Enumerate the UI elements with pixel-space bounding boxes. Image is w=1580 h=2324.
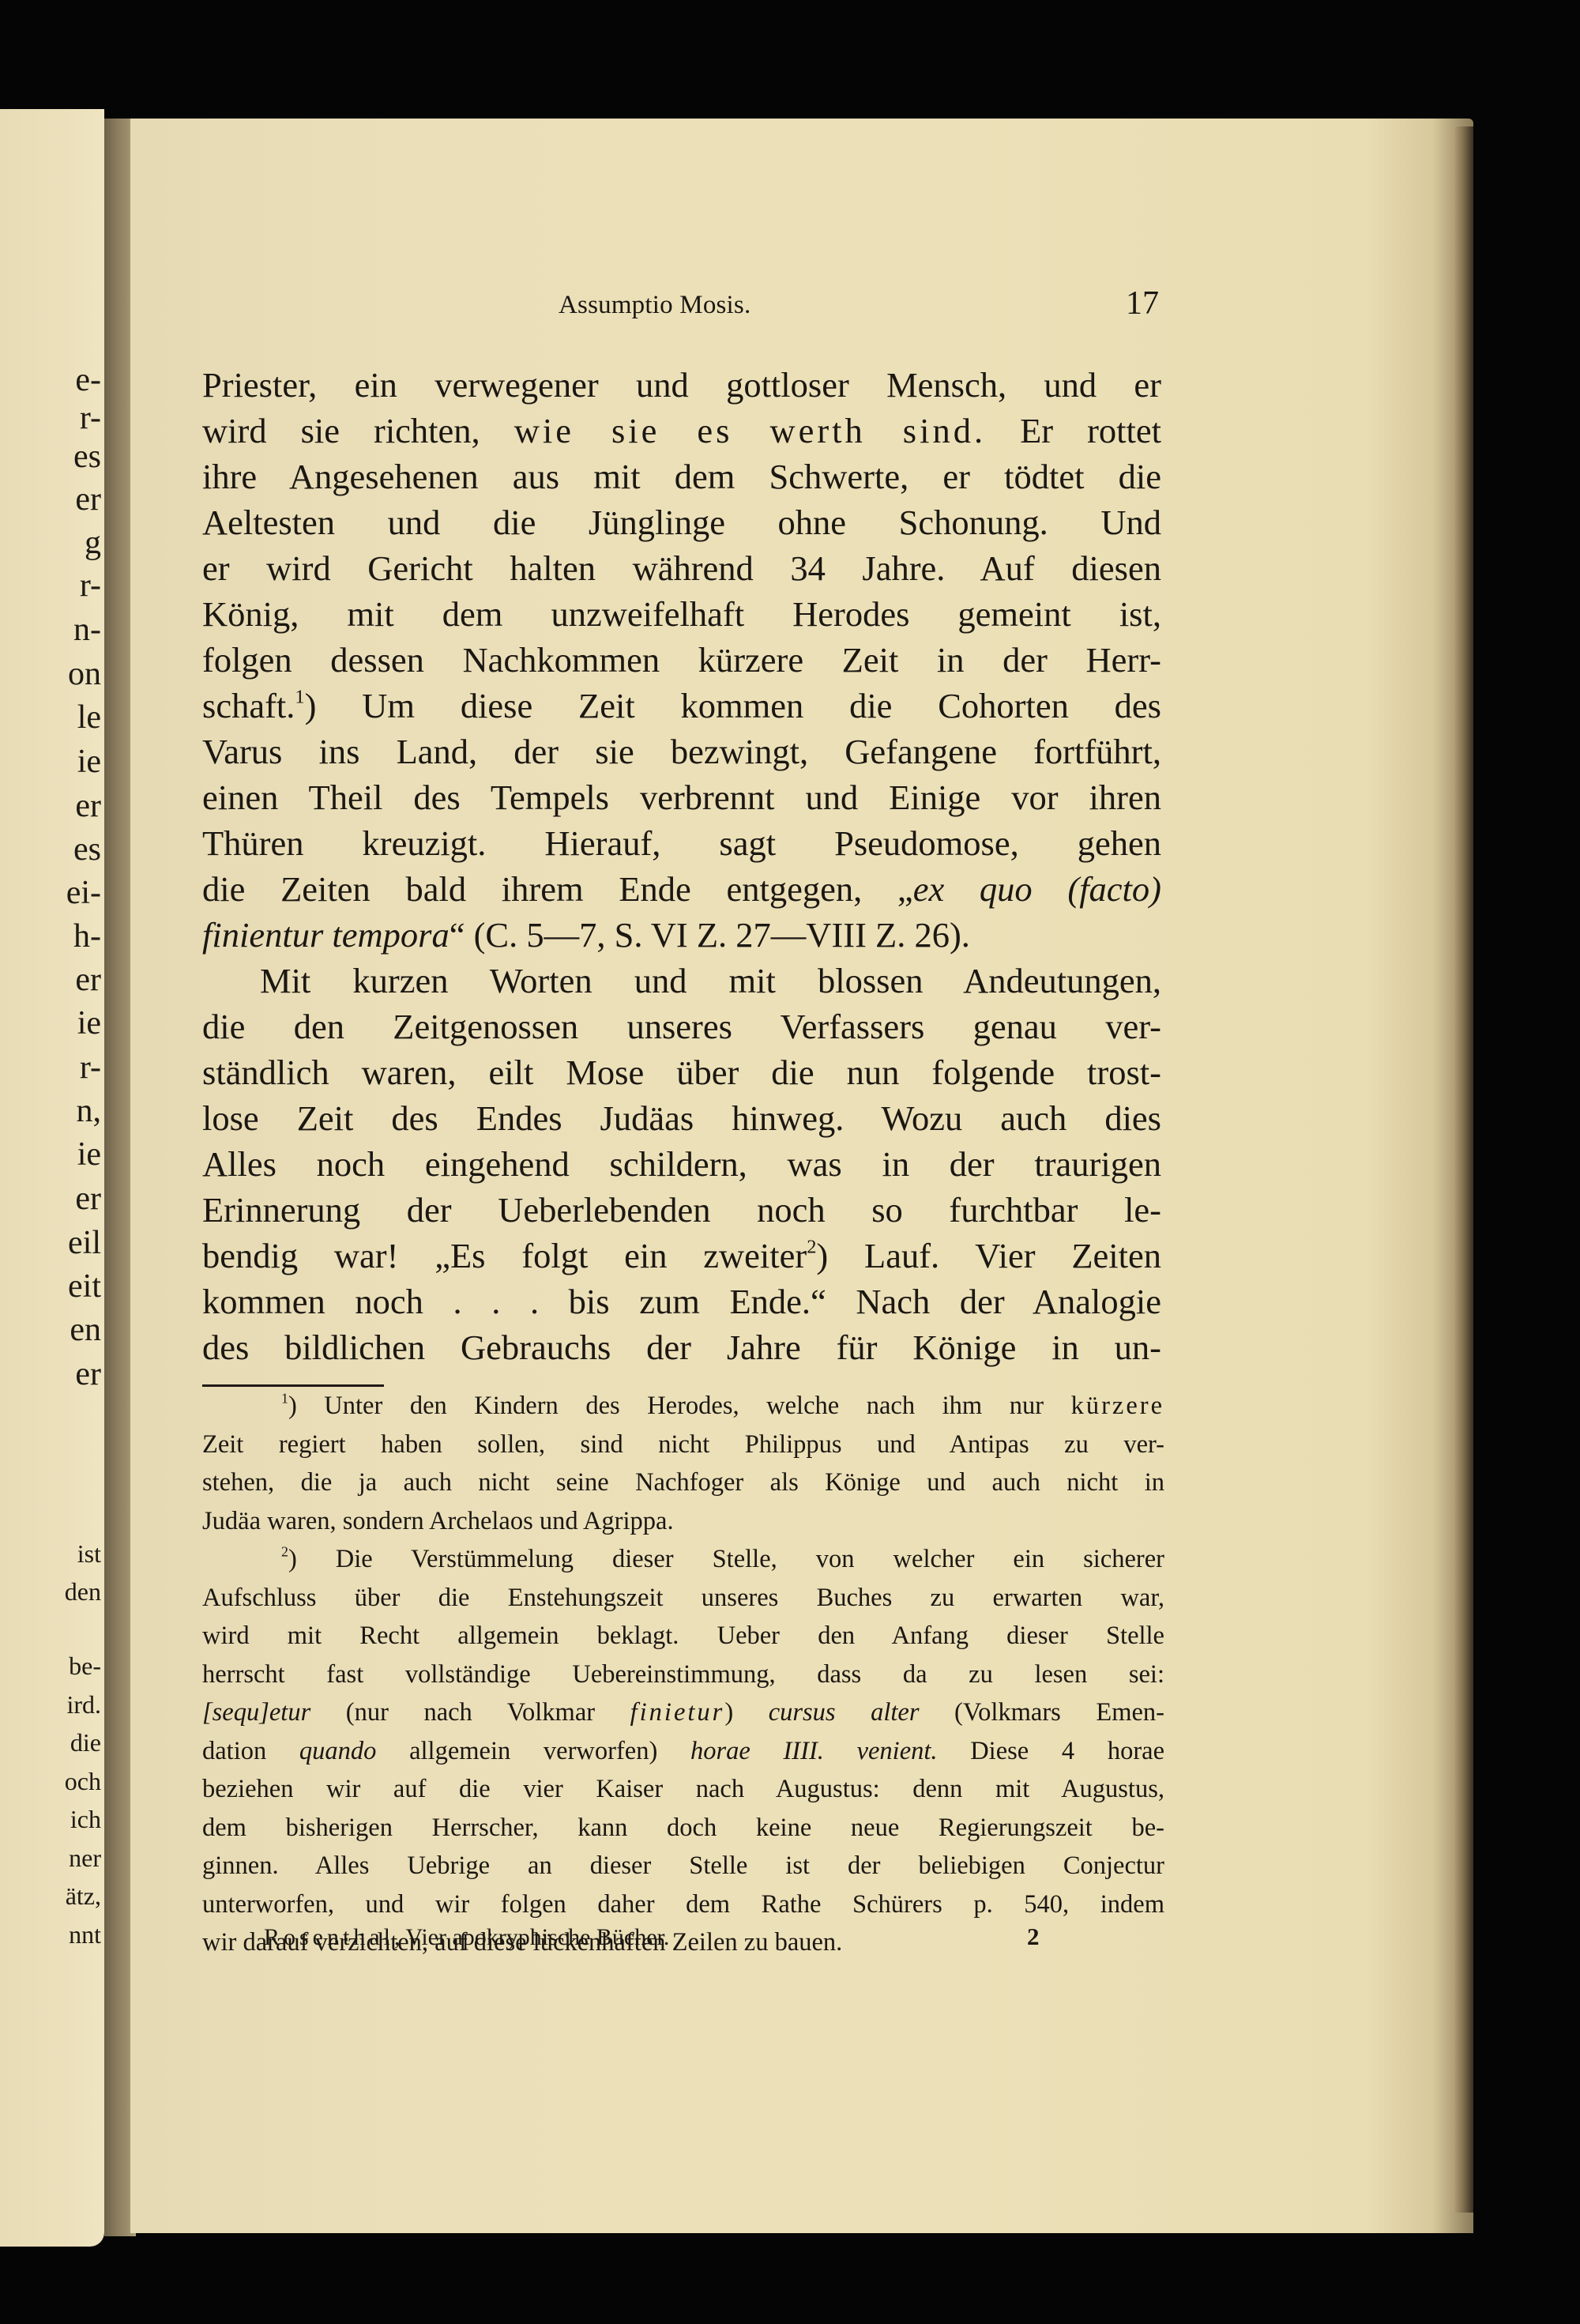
signature-author: Rosenthal <box>264 1924 394 1950</box>
footnote-1-line: stehen, die ja auch nicht seine Nachfoge… <box>202 1463 1164 1502</box>
footnotes: 1) Unter den Kindern des Herodes, welche… <box>202 1387 1164 1962</box>
footnote-2-line: [sequ]etur (nur nach Volkmar finietur) c… <box>202 1693 1164 1732</box>
footnote-2-line: dation quando allgemein verworfen) horae… <box>202 1732 1164 1771</box>
facing-page-fragment: r- <box>80 401 101 435</box>
facing-page-fragment: och <box>65 1768 101 1794</box>
text-line: König, mit dem unzweifelhaft Herodes gem… <box>202 591 1161 637</box>
facing-page-fragment: n- <box>73 613 101 646</box>
facing-page-fragment: g <box>85 526 101 559</box>
text-line: folgen dessen Nachkommen kürzere Zeit in… <box>202 637 1161 683</box>
facing-page-fragment: e- <box>75 363 101 397</box>
facing-page-fragment: ätz, <box>66 1883 101 1908</box>
text-line: einen Theil des Tempels verbrennt und Ei… <box>202 774 1161 820</box>
facing-page-fragment: ie <box>77 745 101 778</box>
footnote-2-line: Aufschluss über die Enstehungszeit unser… <box>202 1579 1164 1618</box>
facing-page-fragment: er <box>75 1358 101 1391</box>
facing-page-fragment: es <box>73 833 101 866</box>
footnote-2-line: unterworfen, und wir folgen daher dem Ra… <box>202 1885 1164 1924</box>
facing-page-fragment: den <box>65 1579 101 1604</box>
text-line: Thüren kreuzigt. Hierauf, sagt Pseudomos… <box>202 820 1161 866</box>
facing-page-fragment: er <box>75 483 101 516</box>
page-number: 17 <box>1126 284 1159 322</box>
facing-page-fragment: er <box>75 1182 101 1215</box>
text-line: bendig war! „Es folgt ein zweiter2) Lauf… <box>202 1233 1161 1279</box>
facing-page-fragment: eil <box>68 1226 101 1260</box>
text-line: wird sie richten, wie sie es werth sind.… <box>202 408 1161 454</box>
facing-page-fragment: en <box>70 1313 101 1347</box>
footnote-2-line: 2) Die Verstümmelung dieser Stelle, von … <box>202 1540 1164 1579</box>
facing-page-fragment: r- <box>80 1051 101 1084</box>
text-line: die den Zeitgenossen unseres Verfassers … <box>202 1004 1161 1049</box>
facing-page-fragment: die <box>70 1730 101 1755</box>
facing-page-fragment: ich <box>70 1806 101 1832</box>
text-line: kommen noch . . . bis zum Ende.“ Nach de… <box>202 1279 1161 1324</box>
footnote-2-line: ginnen. Alles Uebrige an dieser Stelle i… <box>202 1847 1164 1885</box>
facing-page-fragment: ei- <box>66 876 101 910</box>
text-line: lose Zeit des Endes Judäas hinweg. Wozu … <box>202 1095 1161 1141</box>
footnote-2-line: beziehen wir auf die vier Kaiser nach Au… <box>202 1770 1164 1809</box>
text-line: die Zeiten bald ihrem Ende entgegen, „ex… <box>202 866 1161 912</box>
facing-page-fragment: le <box>77 701 101 734</box>
facing-page-fragment: ner <box>69 1845 101 1870</box>
latin-quote: ex quo (facto) <box>913 869 1161 909</box>
emphasis-spaced: wie sie es werth sind. <box>514 411 986 450</box>
text-line: ständlich waren, eilt Mose über die nun … <box>202 1049 1161 1095</box>
footnote-marker-2: 2 <box>281 1544 288 1560</box>
printer-signature: Rosenthal, Vier apokryphische Bücher. <box>264 1924 669 1951</box>
text-line: finientur tempora“ (C. 5—7, S. VI Z. 27—… <box>202 912 1161 958</box>
facing-page-fragment: es <box>73 440 101 473</box>
signature-title: , Vier apokryphische Bücher. <box>394 1924 669 1950</box>
facing-page-fragment: eit <box>68 1270 101 1303</box>
text-line: ihre Angesehenen aus mit dem Schwerte, e… <box>202 454 1161 499</box>
facing-page-fragment: on <box>68 657 101 691</box>
footnote-2-line: wird mit Recht allgemein beklagt. Ueber … <box>202 1617 1164 1655</box>
signature-mark: 2 <box>1027 1923 1040 1951</box>
latin-quote: finientur tempora <box>202 915 450 955</box>
text-line: Alles noch eingehend schildern, was in d… <box>202 1141 1161 1187</box>
text-line: er wird Gericht halten während 34 Jahre.… <box>202 545 1161 591</box>
text-line: Varus ins Land, der sie bezwingt, Gefang… <box>202 729 1161 774</box>
facing-page-fragment: ist <box>77 1541 101 1566</box>
footnote-ref-1[interactable]: 1 <box>295 687 304 708</box>
footnote-1-line: 1) Unter den Kindern des Herodes, welche… <box>202 1387 1164 1426</box>
text-line: Aeltesten und die Jünglinge ohne Schonun… <box>202 499 1161 545</box>
text-line: Mit kurzen Worten und mit blossen Andeut… <box>202 958 1161 1004</box>
footnote-2-line: dem bisherigen Herrscher, kann doch kein… <box>202 1809 1164 1848</box>
main-text: Priester, ein verwegener und gottloser M… <box>202 362 1161 1370</box>
text-line: des bildlichen Gebrauchs der Jahre für K… <box>202 1324 1161 1370</box>
facing-page-fragment: nnt <box>69 1922 101 1947</box>
facing-page-fragment: ie <box>77 1007 101 1040</box>
footnote-ref-2[interactable]: 2 <box>807 1237 816 1258</box>
facing-page: e-r-esergr-n-onleieeresei-h-erier-n,ieer… <box>0 109 104 2247</box>
facing-page-fragment: h- <box>73 920 101 953</box>
footnote-1-line: Zeit regiert haben sollen, sind nicht Ph… <box>202 1426 1164 1464</box>
facing-page-fragment: er <box>75 963 101 996</box>
footnote-1-line: Judäa waren, sondern Archelaos und Agrip… <box>202 1502 1164 1541</box>
facing-page-fragment: ird. <box>66 1692 101 1717</box>
running-head: Assumptio Mosis. <box>559 291 750 320</box>
facing-page-fragment: n, <box>77 1094 102 1128</box>
text-line: Erinnerung der Ueberlebenden noch so fur… <box>202 1187 1161 1233</box>
page-edge <box>1453 126 1473 2213</box>
footnote-2-line: herrscht fast vollständige Uebereinstimm… <box>202 1655 1164 1694</box>
text-line: Priester, ein verwegener und gottloser M… <box>202 362 1161 408</box>
facing-page-fragment: be- <box>69 1653 101 1678</box>
facing-page-fragment: r- <box>80 569 101 602</box>
facing-page-fragment: ie <box>77 1138 101 1171</box>
facing-page-fragment: er <box>75 789 101 823</box>
footnote-marker-1: 1 <box>281 1391 288 1407</box>
text-line: schaft.1) Um diese Zeit kommen die Cohor… <box>202 683 1161 729</box>
